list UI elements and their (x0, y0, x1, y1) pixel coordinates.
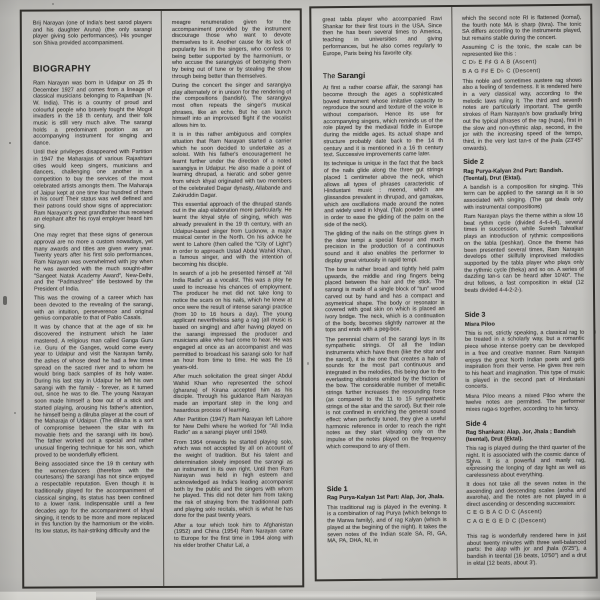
paragraph: Ram Narayan was born in Udaipur on 25 th… (33, 80, 152, 148)
scan-speck (52, 3, 54, 5)
paragraph: Being associated since the 19 th century… (35, 461, 154, 535)
album-liner-notes-scan: { "colors": { "paper": "#c8c7c3", "ink":… (0, 0, 600, 600)
paragraph: One may regret that these signs of gener… (34, 232, 153, 293)
paragraph: Ram Narayan plays the theme within a slo… (464, 213, 584, 295)
side3-rag-title: Misra Piloo (465, 320, 585, 328)
column-1: Brij Narayan (one of India's best sarod … (22, 11, 164, 587)
column-2: meagre renumeration given for the accomp… (161, 10, 303, 586)
scale-ascent: C D♭ E F♯ G A B (Ascent) (462, 58, 582, 66)
side1-rag-title: Rag Purya-Kalyan 1st Part: Alap, Jor, Jh… (327, 495, 447, 503)
right-panel: great tabla player who accompanied Ravi … (309, 4, 598, 582)
scan-speck (3, 296, 7, 305)
paragraph: The perennial charm of the sarangi lays … (325, 336, 446, 451)
side4-rag-title: Rag Shankara: Alap, Jor, Jhala ; Bandish… (466, 429, 586, 444)
purya-kalyan-scale: C D♭ E F♯ G A B (Ascent) B A G F♯ E D♭ C… (462, 58, 582, 75)
side1-label: Side 1 (327, 485, 447, 493)
continuation-paragraph: great tabla player who accompanied Ravi … (322, 16, 442, 57)
side2-label: Side 2 (463, 158, 583, 166)
paragraph: After Partition (1947) Ram Narayan left … (174, 417, 293, 438)
paragraph: meagre renumeration given for the accomp… (172, 19, 291, 80)
paragraph: After much solicitation the great singer… (173, 374, 292, 415)
left-panel: Brij Narayan (one of India's best sarod … (20, 8, 305, 588)
paragraph: This rag is played during the third quar… (466, 445, 586, 480)
scale-descent: C A G E G E D C (Descent) (467, 518, 587, 526)
paragraph: This noble and sometimes austere rag sho… (462, 77, 582, 152)
paragraph: The gliding of the nails on the strings … (324, 230, 444, 265)
paragraph: Misra Piloo means a mixed Piloo where th… (465, 392, 585, 413)
paragraph: Its technique is unique in the fact that… (324, 161, 444, 229)
scale-ascent: C E G B A C D C (Ascent) (467, 509, 587, 517)
paragraph: Until their privileges disappeared with … (33, 149, 152, 230)
side2-rag-title: Rag Purya-Kalyan 2nd Part: Bandish. (Tee… (463, 168, 583, 183)
paragraph: which the second note RI is flattened (k… (462, 15, 582, 43)
section-gap (465, 296, 585, 305)
paragraph: This essential approach of the dhrupad s… (173, 201, 292, 269)
paragraph: At first a rather coarse affair, the sar… (323, 84, 443, 159)
sarangi-heading: The Sarangi (323, 70, 443, 80)
continuation-paragraph: Brij Narayan (one of India's best sarod … (33, 20, 152, 47)
scan-bottom-edge-highlight (0, 592, 96, 600)
paragraph: It does not take all the seven notes in … (466, 481, 586, 509)
column-4: which the second note RI is flattened (k… (451, 6, 596, 578)
paragraph: After a tour which took him to Afghanist… (174, 522, 293, 549)
side1-text: This traditional rag is played in the ev… (327, 504, 447, 545)
scale-descent: B A G F♯ E D♭ C (Descent) (462, 68, 582, 76)
paragraph: The bow is rather broad and tightly held… (325, 266, 445, 334)
shankara-scale: C E G B A C D C (Ascent) C A G E G E D C… (467, 509, 587, 526)
paragraph: This was the crowing of a career which h… (34, 295, 153, 322)
paragraph: This is not, strictly speaking, a classi… (465, 329, 585, 390)
paragraph: It was by chance that at the age of six … (34, 324, 154, 459)
paragraph: In search of a job he presented himself … (173, 271, 292, 372)
biography-heading: BIOGRAPHY (33, 63, 152, 74)
scan-speck (9, 142, 11, 144)
paragraph: From 1964 onwards he started playing sol… (174, 439, 293, 520)
column-3: great tabla player who accompanied Ravi … (311, 7, 456, 579)
scan-speck (307, 362, 309, 365)
paragraph: It is in this rather ambiguous and compl… (172, 132, 291, 200)
paragraph: Assuming C is the tonic, the scale can b… (462, 44, 582, 59)
section-gap (327, 452, 447, 479)
side4-label: Side 4 (466, 419, 586, 427)
paragraph: During the concert the singer and sarang… (172, 82, 291, 129)
paragraph: A bandish is a composition for singing. … (463, 184, 583, 212)
side3-label: Side 3 (465, 311, 585, 319)
closing-paragraph: This rag is wonderfully rendered here in… (467, 533, 587, 568)
scan-speck (14, 412, 16, 414)
